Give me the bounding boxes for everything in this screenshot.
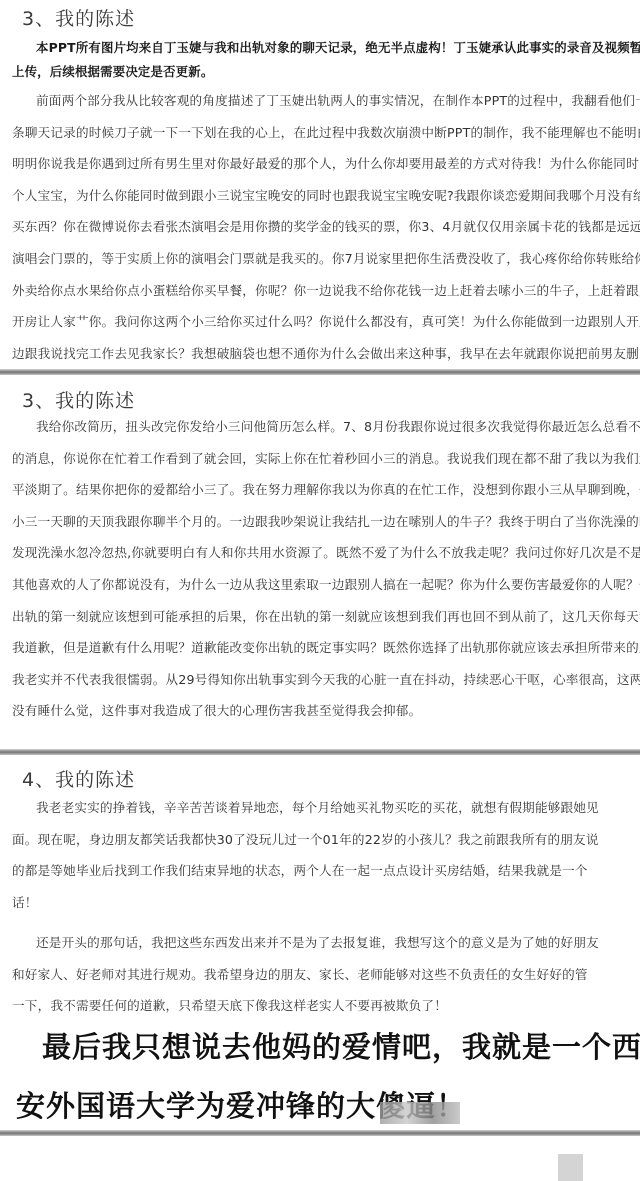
body-line: 没有睡什么觉，这件事对我造成了很大的心理伤害我甚至觉得我会抑郁。: [12, 695, 640, 727]
notice-line: 本PPT所有图片均来自丁玉婕与我和出轨对象的聊天记录，绝无半点虚构！丁玉婕承认此…: [12, 36, 640, 60]
slide-separator: [0, 1130, 640, 1136]
notice-line: 上传，后续根据需要决定是否更新。: [12, 60, 640, 84]
body-paragraph: 我老老实实的挣着钱，辛辛苦苦谈着异地恋，每个月给她买礼物买吃的买花，就想有假期能…: [12, 792, 640, 918]
body-line: 演唱会门票的，等于实质上你的演唱会门票就是我买的。你7月说家里把你生活费没收了，…: [12, 243, 640, 275]
body-line: 个人宝宝，为什么你能同时做到跟小三说宝宝晚安的同时也跟我说宝宝晚安呢?我跟你谈恋…: [12, 180, 640, 212]
body-line: 小三一天聊的天顶我跟你聊半个月的。一边跟我吵架说让我结扎一边在嗦别人的牛子？我终…: [12, 506, 640, 538]
slide-title: 3、我的陈述: [22, 386, 135, 413]
body-line: 的都是等她毕业后找到工作我们结束异地的状态，两个人在一起一点点设计买房结婚，结果…: [12, 855, 640, 887]
body-line: 一下，我不需要任何的道歉，只希望天底下像我这样老实人不要再被欺负了！: [12, 990, 640, 1022]
body-line: 发现洗澡水忽冷忽热,你就要明白有人和你共用水资源了。既然不爱了为什么不放我走呢？…: [12, 537, 640, 569]
body-line: 我道歉，但是道歉有什么用呢？道歉能改变你出轨的既定事实吗？既然你选择了出轨那你就…: [12, 632, 640, 664]
slide-title: 4、我的陈述: [22, 765, 135, 792]
body-line: 边跟我说找完工作去见我家长？我想破脑袋也想不通你为什么会做出来这种事，我早在去年…: [12, 338, 640, 370]
notice-paragraph: 本PPT所有图片均来自丁玉婕与我和出轨对象的聊天记录，绝无半点虚构！丁玉婕承认此…: [12, 36, 640, 84]
body-paragraph: 前面两个部分我从比较客观的角度描述了丁玉婕出轨两人的事实情况，在制作本PPT的过…: [12, 85, 640, 370]
scroll-indicator: [558, 1154, 583, 1181]
body-line: 面。现在呢，身边朋友都笑话我都快30了没玩儿过一个01年的22岁的小孩儿？我之前…: [12, 824, 640, 856]
slide-3: 4、我的陈述 我老老实实的挣着钱，辛辛苦苦谈着异地恋，每个月给她买礼物买吃的买花…: [0, 757, 640, 1131]
body-line: 出轨的第一刻就应该想到可能承担的后果，你在出轨的第一刻就应该想到我们再也回不到从…: [12, 601, 640, 633]
body-paragraph: 我给你改简历，扭头改完你发给小三问他简历怎么样。7、8月份我跟你说过很多次我觉得…: [12, 411, 640, 727]
redaction-blur: [380, 1102, 460, 1124]
body-line: 话！: [12, 887, 640, 919]
body-paragraph-2: 还是开头的那句话，我把这些东西发出来并不是为了去报复谁，我想写这个的意义是为了她…: [12, 927, 640, 1022]
body-line: 我老实并不代表我很懦弱。从29号得知你出轨事实到今天我的心脏一直在抖动，持续恶心…: [12, 664, 640, 696]
body-line: 其他喜欢的人了你都说没有，为什么一边从我这里索取一边跟别人搞在一起呢？你为什么要…: [12, 569, 640, 601]
slide-title: 3、我的陈述: [22, 4, 135, 31]
body-line: 平淡期了。结果你把你的爱都给小三了。我在努力理解你我以为你真的在忙工作，没想到你…: [12, 474, 640, 506]
slide-separator: [0, 369, 640, 375]
body-line: 买东西？你在微博说你去看张杰演唱会是用你攒的奖学金的钱买的票，你3、4月就仅仅用…: [12, 211, 640, 243]
body-line: 我给你改简历，扭头改完你发给小三问他简历怎么样。7、8月份我跟你说过很多次我觉得…: [12, 411, 640, 443]
body-line: 和好家人、好老师对其进行规劝。我希望身边的朋友、家长、老师能够对这些不负责任的女…: [12, 959, 640, 991]
body-line: 我老老实实的挣着钱，辛辛苦苦谈着异地恋，每个月给她买礼物买吃的买花，就想有假期能…: [12, 792, 640, 824]
body-line: 外卖给你点水果给你点小蛋糕给你买早餐，你呢？你一边说我不给你花钱一边上赶着去嗦小…: [12, 275, 640, 307]
body-line: 开房让人家艹你。我问你这两个小三给你买过什么吗？你说什么都没有，真可笑！为什么你…: [12, 306, 640, 338]
body-line: 条聊天记录的时候刀子就一下一下划在我的心上，在此过程中我数次崩溃中断PPT的制作…: [12, 117, 640, 149]
body-line: 的消息，你说你在忙着工作看到了就会回，实际上你在忙着秒回小三的消息。我说我们现在…: [12, 443, 640, 475]
body-line: 前面两个部分我从比较客观的角度描述了丁玉婕出轨两人的事实情况，在制作本PPT的过…: [12, 85, 640, 117]
body-line: 明明你说我是你遇到过所有男生里对你最好最爱的那个人，为什么你却要用最差的方式对待…: [12, 148, 640, 180]
slide-2: 3、我的陈述 我给你改简历，扭头改完你发给小三问他简历怎么样。7、8月份我跟你说…: [0, 378, 640, 748]
body-line: 还是开头的那句话，我把这些东西发出来并不是为了去报复谁，我想写这个的意义是为了她…: [12, 927, 640, 959]
slide-separator: [0, 749, 640, 755]
closing-statement-line: 最后我只想说去他妈的爱情吧，我就是一个西: [42, 1025, 640, 1066]
slide-1: 3、我的陈述 本PPT所有图片均来自丁玉婕与我和出轨对象的聊天记录，绝无半点虚构…: [0, 0, 640, 370]
